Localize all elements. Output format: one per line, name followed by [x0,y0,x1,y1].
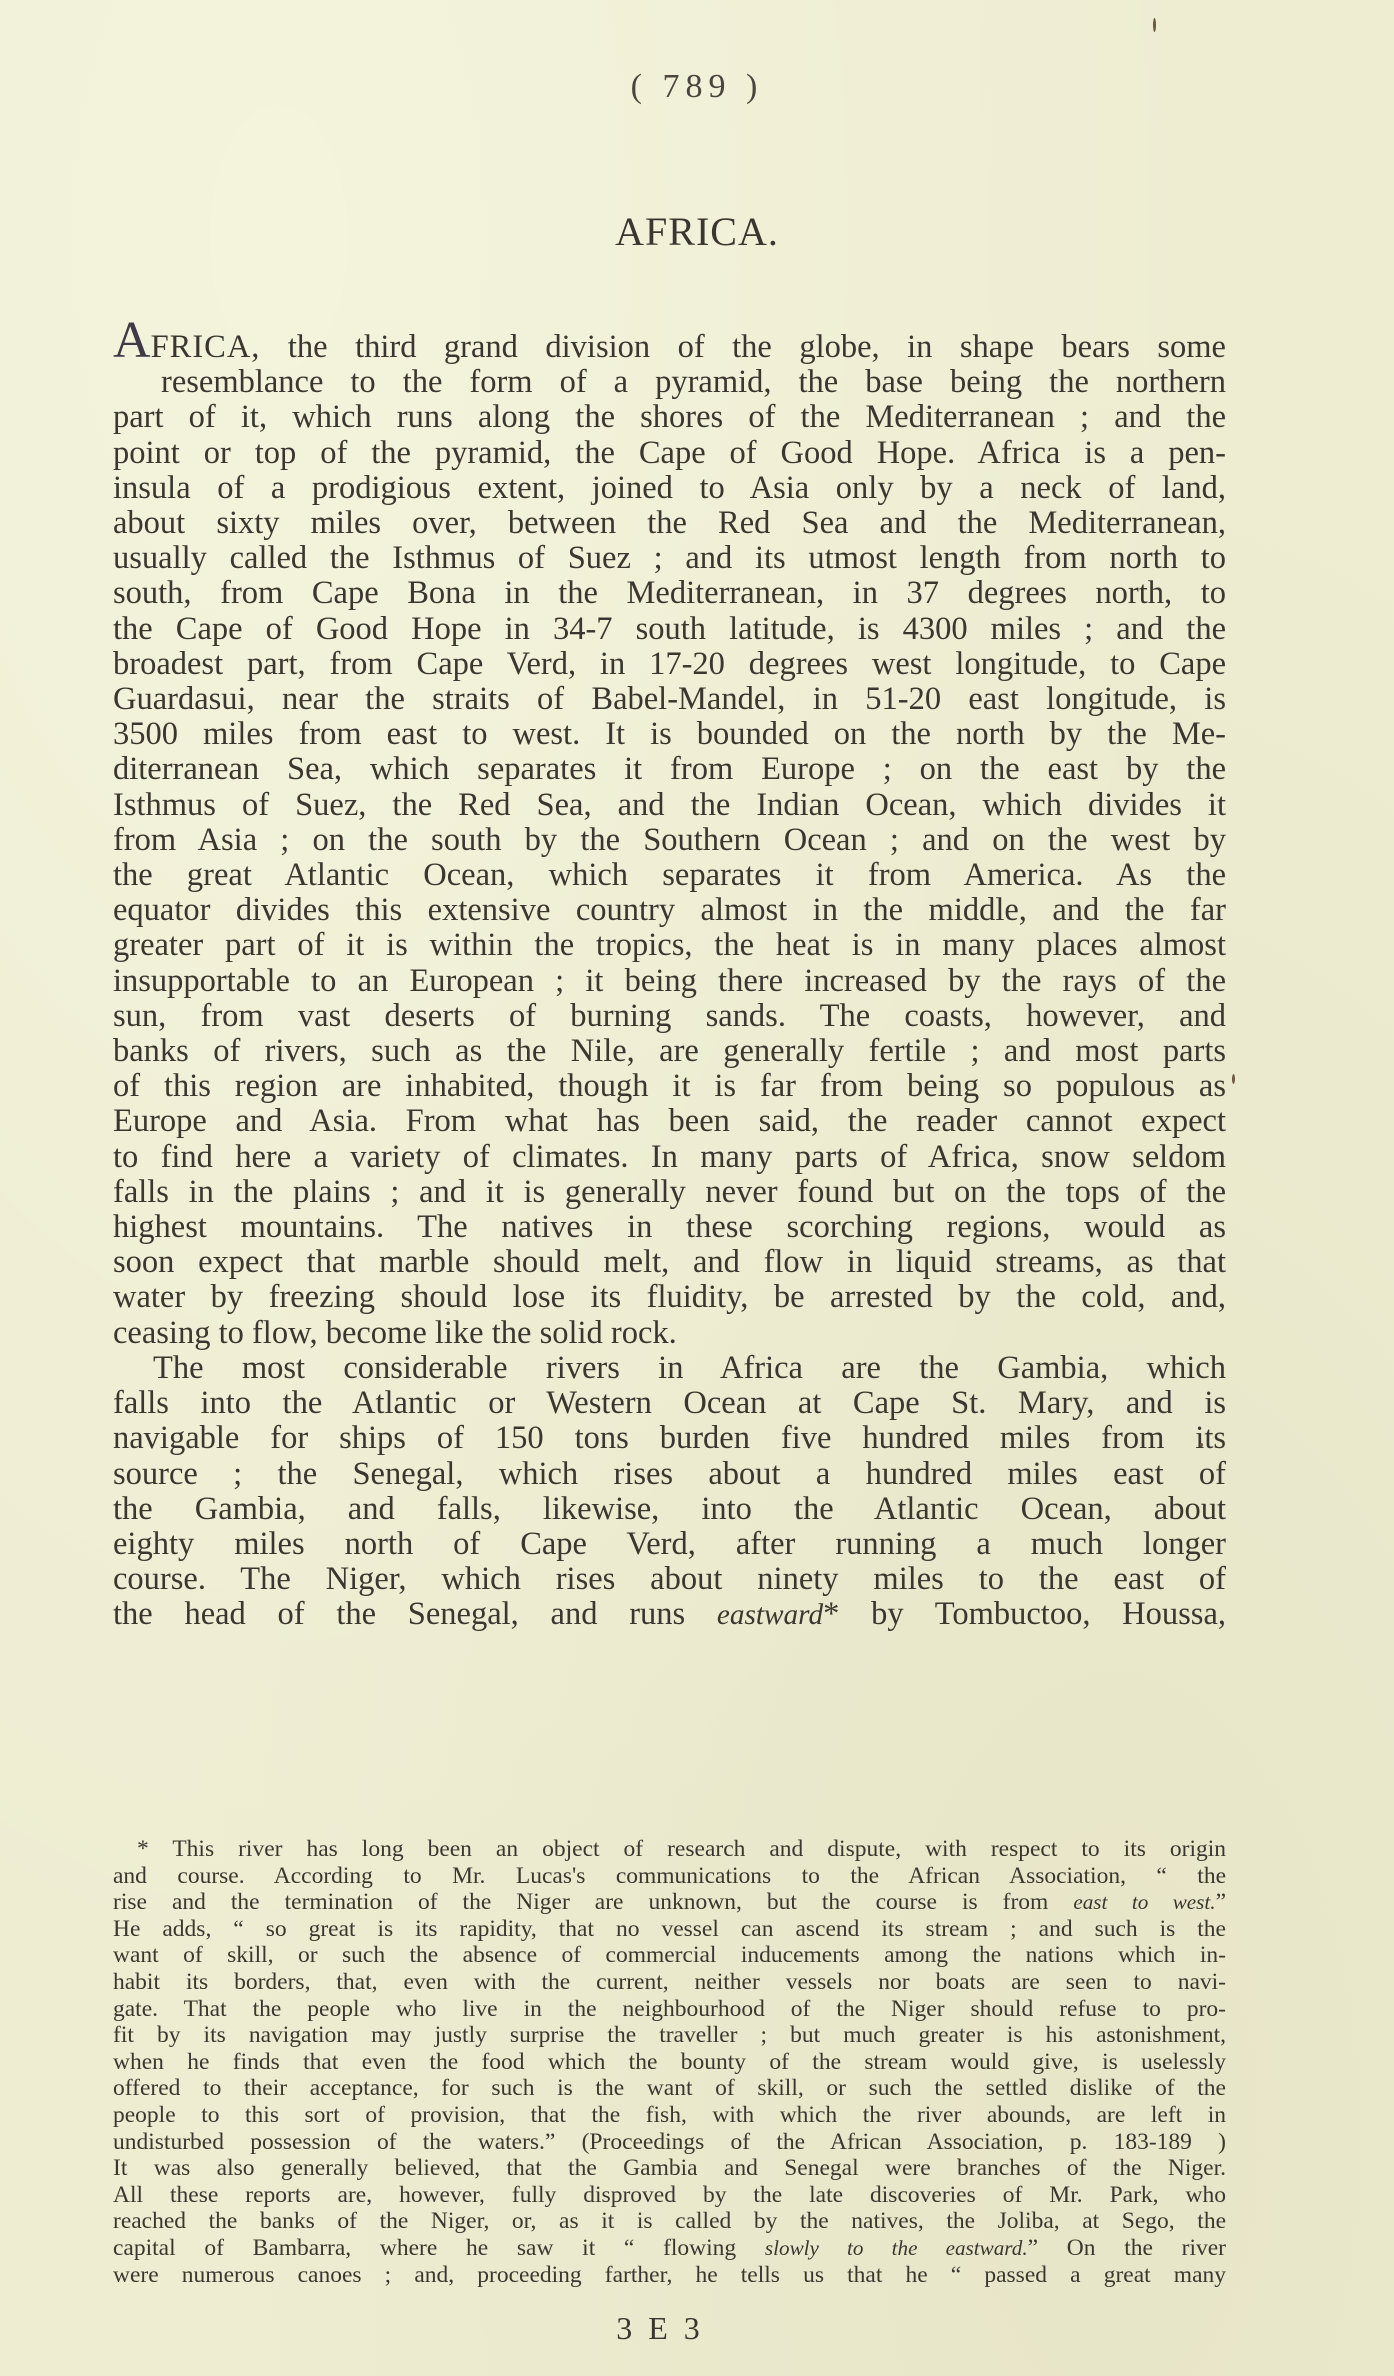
paragraph2-line: course. The Niger, which rises about nin… [113,1562,1226,1597]
paper-speck [1232,1074,1235,1084]
page-number: ( 789 ) [0,68,1394,106]
footnote-line: undisturbed possession of the waters.” (… [113,2129,1226,2156]
footnote-line: habit its borders, that, even with the c… [113,1969,1226,1996]
body-line: Isthmus of Suez, the Red Sea, and the In… [113,788,1226,823]
body-line: the Cape of Good Hope in 34-7 south lati… [113,612,1226,647]
paragraph2-line: the head of the Senegal, and runs eastwa… [113,1597,1226,1633]
body-line: point or top of the pyramid, the Cape of… [113,436,1226,471]
footnote-line: and course. According to Mr. Lucas's com… [113,1863,1226,1890]
body-line: insula of a prodigious extent, joined to… [113,471,1226,506]
body-text: AFRICA, the third grand division of the … [113,326,1226,1634]
footnote-line: capital of Bambarra, where he saw it “ f… [113,2235,1226,2262]
body-line: highest mountains. The natives in these … [113,1210,1226,1245]
body-line: broadest part, from Cape Verd, in 17-20 … [113,647,1226,682]
italic-east-to-west: east to west. [1073,1890,1215,1914]
footnote-text: ” On the river [1028,2235,1226,2261]
footnote-text: rise and the termination of the Niger ar… [113,1889,1073,1915]
footnote-line: were numerous canoes ; and, proceeding f… [113,2262,1226,2289]
chapter-title: AFRICA. [0,208,1394,255]
footnote-line: rise and the termination of the Niger ar… [113,1889,1226,1916]
body-line: water by freezing should lose its fluidi… [113,1280,1226,1315]
footnote-line: fit by its navigation may justly surpris… [113,2022,1226,2049]
footnote-line: when he finds that even the food which t… [113,2049,1226,2076]
footnote-line: gate. That the people who live in the ne… [113,1996,1226,2023]
body-line: about sixty miles over, between the Red … [113,506,1226,541]
body-line: the great Atlantic Ocean, which separate… [113,858,1226,893]
body-line: ceasing to flow, become like the solid r… [113,1316,1226,1351]
signature-mark: 3 E 3 [600,2310,720,2347]
footnote-line: It was also generally believed, that the… [113,2155,1226,2182]
paragraph2-line: eighty miles north of Cape Verd, after r… [113,1527,1226,1562]
footnote-line: He adds, “ so great is its rapidity, tha… [113,1916,1226,1943]
body-line: of this region are inhabited, though it … [113,1069,1226,1104]
body-line: from Asia ; on the south by the Southern… [113,823,1226,858]
body-line: south, from Cape Bona in the Mediterrane… [113,576,1226,611]
footnote-text: capital of Bambarra, where he saw it “ f… [113,2235,765,2261]
footnote-text: ” [1216,1889,1226,1915]
drop-cap: A [113,312,151,369]
body-line: sun, from vast deserts of burning sands.… [113,999,1226,1034]
body-line: diterranean Sea, which separates it from… [113,752,1226,787]
body-line: 3500 miles from east to west. It is boun… [113,717,1226,752]
body-line: soon expect that marble should melt, and… [113,1245,1226,1280]
footnote-line: offered to their acceptance, for such is… [113,2075,1226,2102]
body-line: to find here a variety of climates. In m… [113,1140,1226,1175]
paragraph2-text: the head of the Senegal, and runs [113,1596,717,1632]
paragraph2-line: The most considerable rivers in Africa a… [113,1351,1226,1386]
footnote-line: All these reports are, however, fully di… [113,2182,1226,2209]
footnote-line: * This river has long been an object of … [113,1836,1226,1863]
body-line: Guardasui, near the straits of Babel-Man… [113,682,1226,717]
paper-speck [1153,18,1156,32]
body-line-1: AFRICA, the third grand division of the … [113,326,1226,365]
footnote-ref: * by Tombuctoo, Houssa, [823,1596,1226,1632]
footnote-line: want of skill, or such the absence of co… [113,1942,1226,1969]
body-line: part of it, which runs along the shores … [113,400,1226,435]
body-line: falls in the plains ; and it is generall… [113,1175,1226,1210]
italic-eastward: eastward [717,1599,823,1631]
body-line: resemblance to the form of a pyramid, th… [113,365,1226,400]
lead-word: FRICA, [151,329,261,365]
paper-speck [1200,1443,1203,1447]
footnote: * This river has long been an object of … [113,1836,1226,2288]
italic-slowly-eastward: slowly to the eastward. [765,2236,1028,2260]
footnote-line: reached the banks of the Niger, or, as i… [113,2208,1226,2235]
body-line: banks of rivers, such as the Nile, are g… [113,1034,1226,1069]
body-line-text: the third grand division of the globe, i… [260,329,1226,365]
body-line: greater part of it is within the tropics… [113,928,1226,963]
paragraph2-line: source ; the Senegal, which rises about … [113,1457,1226,1492]
paragraph2-line: the Gambia, and falls, likewise, into th… [113,1492,1226,1527]
body-line: Europe and Asia. From what has been said… [113,1104,1226,1139]
body-line: usually called the Isthmus of Suez ; and… [113,541,1226,576]
footnote-line: people to this sort of provision, that t… [113,2102,1226,2129]
body-line: insupportable to an European ; it being … [113,964,1226,999]
paragraph2-line: falls into the Atlantic or Western Ocean… [113,1386,1226,1421]
body-line: equator divides this extensive country a… [113,893,1226,928]
paragraph2-line: navigable for ships of 150 tons burden f… [113,1421,1226,1456]
